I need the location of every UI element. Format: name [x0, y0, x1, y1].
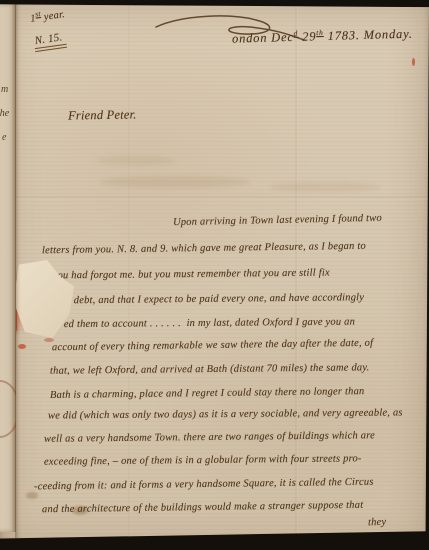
fold-shadow: [15, 0, 21, 550]
wax-fleck: [44, 338, 54, 342]
body-line: tho ed them to account . . . . . . in my…: [30, 317, 355, 331]
body-line: Upon arriving in Town last evening I fou…: [173, 213, 382, 228]
ink-bleedthrough-stain: [100, 176, 250, 188]
body-line: letters from you. N. 8. and 9. which gav…: [42, 241, 366, 257]
body-line: and the architecture of the buildings wo…: [42, 500, 363, 515]
brown-spot-stain: [26, 492, 38, 499]
photo-frame: 1st year. N. 15. ondon Decd 29th 1783. M…: [0, 0, 429, 550]
body-line: -ceeding from it: and it forms a very ha…: [34, 477, 374, 493]
body-line: we did (which was only two days) as it i…: [48, 407, 403, 421]
body-line: account of every thing remarkable we saw…: [52, 338, 373, 353]
year-annotation: 1st year.: [29, 6, 65, 25]
catchword: they: [368, 517, 387, 529]
body-line: k you had forgot me. but you must rememb…: [45, 268, 330, 282]
body-line: that, we left Oxford, and arrived at Bat…: [50, 362, 370, 376]
body-line: exceeding fine, – one of them is in a gl…: [44, 453, 362, 467]
body-line: well as a very handsome Town. there are …: [44, 430, 375, 444]
edge-text-fragment: m: [1, 84, 8, 95]
dateline-year-weekday: 1783. Monday.: [324, 27, 413, 43]
body-line: Bath is a charming, place and I regret I…: [50, 386, 365, 401]
page-edge-strip: m the e: [0, 4, 16, 532]
year-annotation-rest: year.: [40, 9, 65, 23]
fold-crease-horizontal: [0, 196, 429, 200]
ink-bleedthrough-stain: [96, 156, 176, 165]
letter-paper: 1st year. N. 15. ondon Decd 29th 1783. M…: [0, 0, 429, 550]
salutation: Friend Peter.: [68, 107, 137, 123]
postmark-arc: [0, 380, 16, 438]
red-edge-mark: [412, 58, 415, 66]
dateline-day: 29: [298, 29, 316, 43]
dateline-city-month: ondon Dec: [232, 30, 294, 46]
edge-text-fragment: the: [0, 108, 9, 119]
letter-number-annotation: N. 15.: [33, 31, 67, 52]
edge-text-fragment: e: [2, 132, 6, 143]
ink-bleedthrough-stain: [270, 182, 380, 192]
